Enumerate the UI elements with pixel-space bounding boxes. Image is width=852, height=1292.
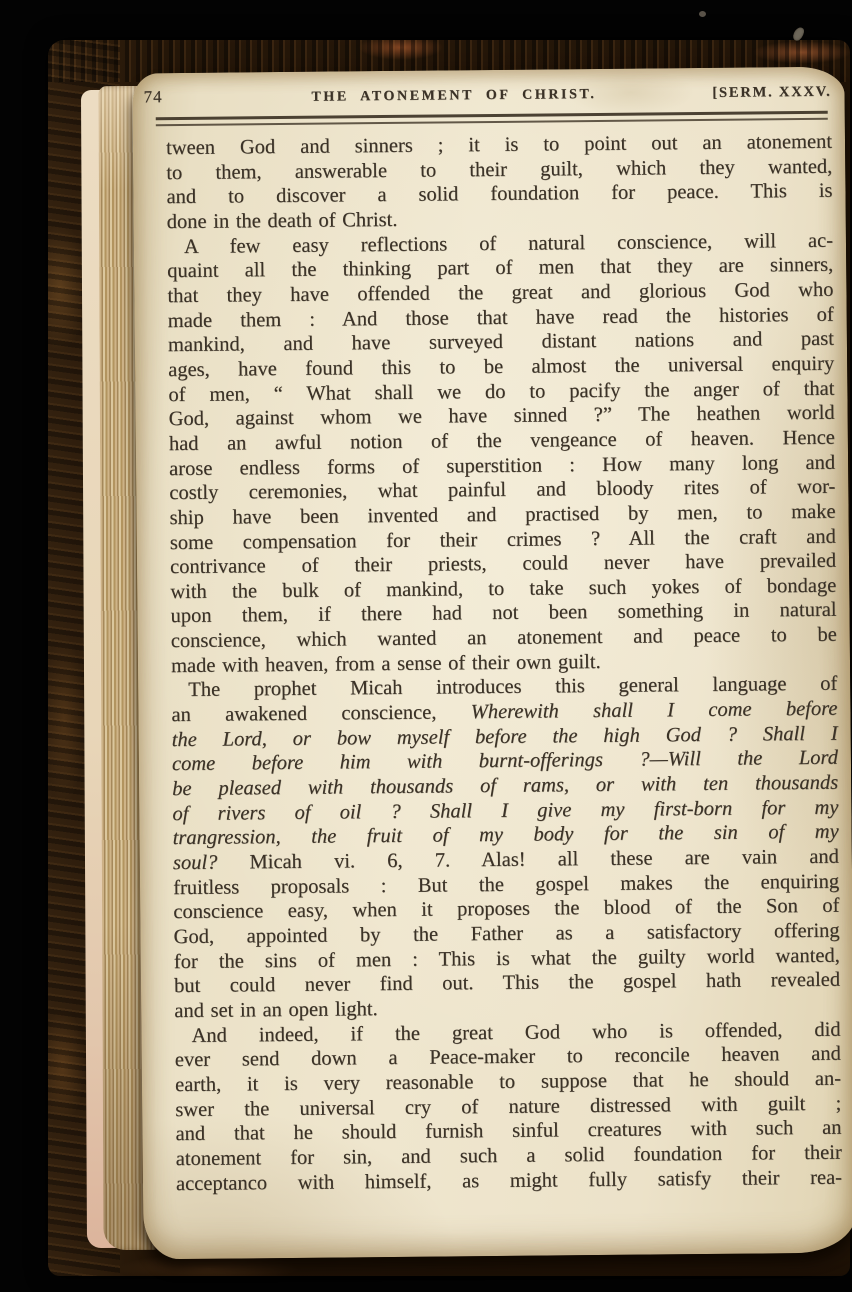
section-label: [SERM. XXXV. bbox=[712, 82, 831, 103]
header-rule bbox=[156, 111, 828, 126]
page-number: 74 bbox=[143, 87, 195, 107]
book-page: 74 THE ATONEMENT OF CHRIST. [SERM. XXXV.… bbox=[132, 67, 852, 1260]
running-title: THE ATONEMENT OF CHRIST. bbox=[195, 84, 712, 109]
dust-speck bbox=[699, 11, 706, 17]
book-photo: 74 THE ATONEMENT OF CHRIST. [SERM. XXXV.… bbox=[0, 0, 852, 1292]
page-header: 74 THE ATONEMENT OF CHRIST. [SERM. XXXV. bbox=[143, 81, 831, 110]
page-body: tween God and sinners ; it is to point o… bbox=[166, 130, 842, 1197]
page-content: 74 THE ATONEMENT OF CHRIST. [SERM. XXXV.… bbox=[132, 67, 852, 1197]
